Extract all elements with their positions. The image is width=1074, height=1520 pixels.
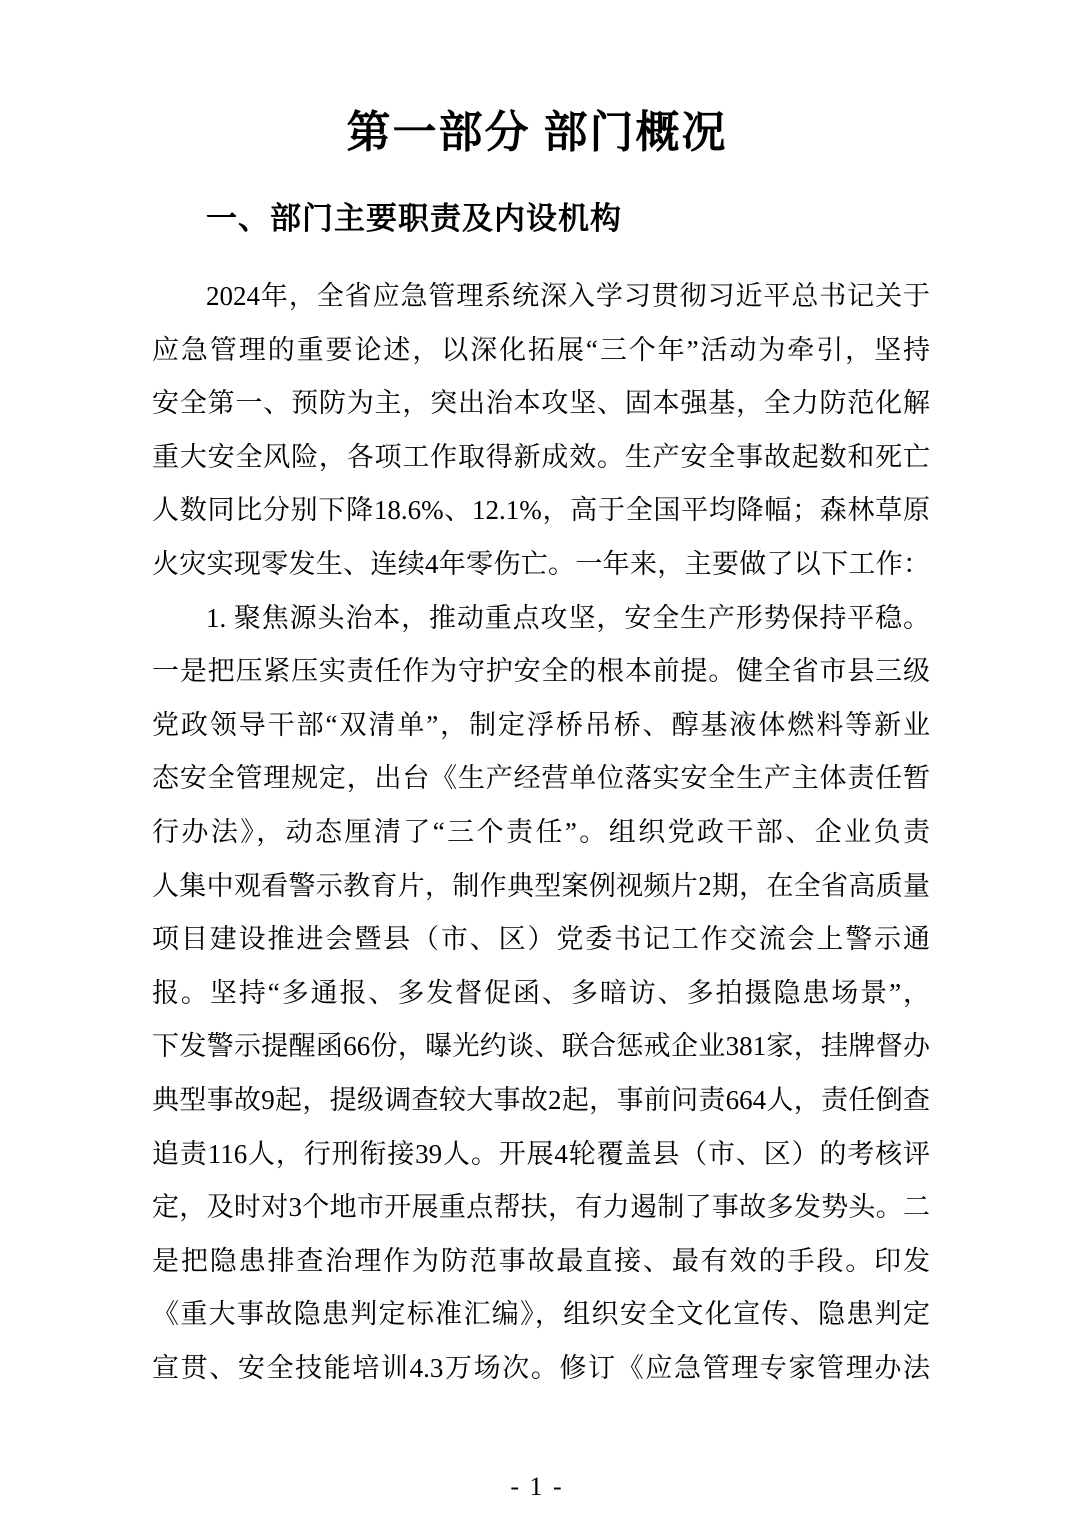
body-line: 行办法》，动态厘清了“三个责任”。组织党政干部、企业负责 <box>152 806 930 860</box>
body-line: 一是把压紧压实责任作为守护安全的根本前提。健全省市县三级 <box>152 645 930 699</box>
body-line: 定，及时对3个地市开展重点帮扶，有力遏制了事故多发势头。二 <box>152 1181 930 1235</box>
body-line: 重大安全风险，各项工作取得新成效。生产安全事故起数和死亡 <box>152 431 930 485</box>
body-line: 1. 聚焦源头治本，推动重点攻坚，安全生产形势保持平稳。 <box>152 592 930 646</box>
body-line: 应急管理的重要论述，以深化拓展“三个年”活动为牵引，坚持 <box>152 324 930 378</box>
body-line: 态安全管理规定，出台《生产经营单位落实安全生产主体责任暂 <box>152 752 930 806</box>
section-heading: 一、部门主要职责及内设机构 <box>206 193 622 238</box>
body-line: 是把隐患排查治理作为防范事故最直接、最有效的手段。印发 <box>152 1235 930 1289</box>
body-line: 《重大事故隐患判定标准汇编》，组织安全文化宣传、隐患判定 <box>152 1288 930 1342</box>
body-line: 报。坚持“多通报、多发督促函、多暗访、多拍摄隐患场景”， <box>152 967 930 1021</box>
page-title: 第一部分 部门概况 <box>0 96 1074 160</box>
body-line: 追责116人，行刑衔接39人。开展4轮覆盖县（市、区）的考核评 <box>152 1128 930 1182</box>
body-line: 项目建设推进会暨县（市、区）党委书记工作交流会上警示通 <box>152 913 930 967</box>
body-line: 典型事故9起，提级调查较大事故2起，事前问责664人，责任倒查 <box>152 1074 930 1128</box>
body-line: 党政领导干部“双清单”，制定浮桥吊桥、醇基液体燃料等新业 <box>152 699 930 753</box>
body-line: 2024年，全省应急管理系统深入学习贯彻习近平总书记关于 <box>152 270 930 324</box>
body-text: 2024年，全省应急管理系统深入学习贯彻习近平总书记关于 应急管理的重要论述，以… <box>152 270 930 1395</box>
page-number: - 1 - <box>0 1472 1074 1502</box>
body-line: 火灾实现零发生、连续4年零伤亡。一年来，主要做了以下工作： <box>152 538 930 592</box>
body-line: 人集中观看警示教育片，制作典型案例视频片2期，在全省高质量 <box>152 860 930 914</box>
document-page: 第一部分 部门概况 一、部门主要职责及内设机构 2024年，全省应急管理系统深入… <box>0 0 1074 1520</box>
body-line: 安全第一、预防为主，突出治本攻坚、固本强基，全力防范化解 <box>152 377 930 431</box>
body-line: 宣贯、安全技能培训4.3万场次。修订《应急管理专家管理办法 <box>152 1342 930 1396</box>
body-line: 人数同比分别下降18.6%、12.1%，高于全国平均降幅；森林草原 <box>152 484 930 538</box>
body-line: 下发警示提醒函66份，曝光约谈、联合惩戒企业381家，挂牌督办 <box>152 1020 930 1074</box>
